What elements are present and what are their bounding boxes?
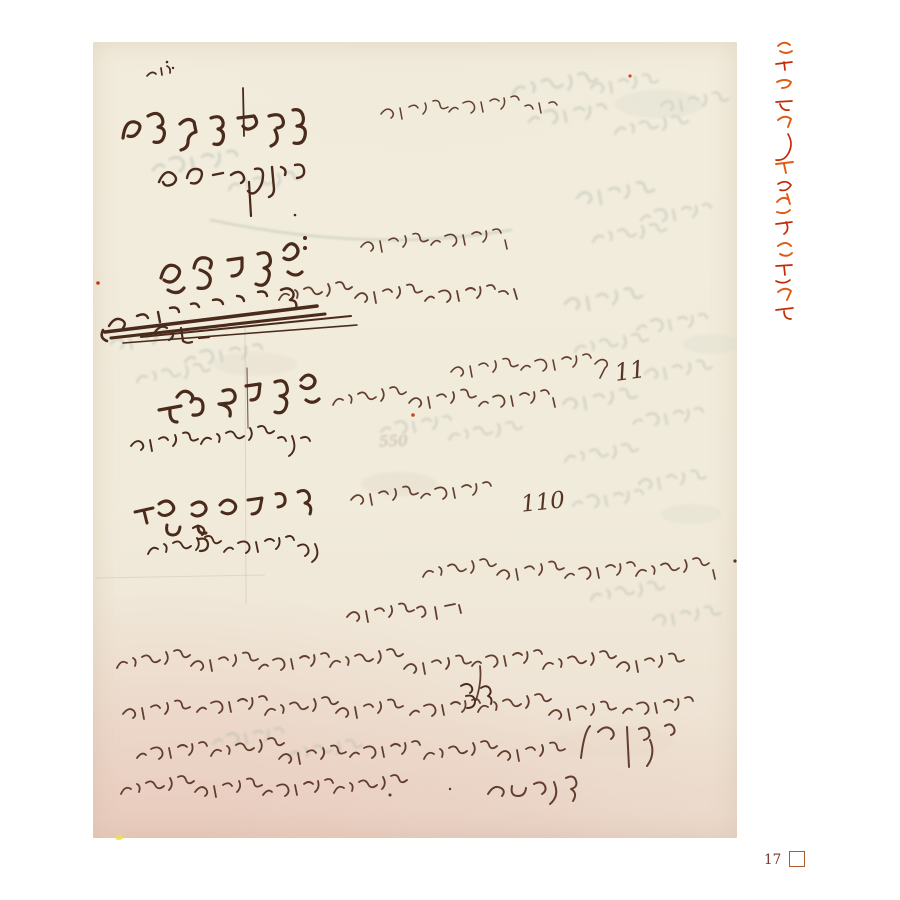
entry-3-numeral: 11 <box>613 355 647 387</box>
entry-2-headword <box>161 236 307 293</box>
paragraph-line-2 <box>123 694 693 720</box>
scan-paper: 550 <box>93 42 737 838</box>
strikethrough-block <box>102 288 357 343</box>
note-line-2 <box>347 604 461 623</box>
margin-caption <box>772 38 802 330</box>
entry-3-toprow-gloss: 11 <box>451 354 647 387</box>
bleedthrough-number: 550 <box>379 431 409 450</box>
entry-4-subline <box>148 536 317 562</box>
manuscript-art: 550 <box>93 42 737 838</box>
page-footer: 17 <box>764 852 805 868</box>
entry-3-gloss <box>333 387 555 408</box>
entry-4-numeral: 110 <box>520 487 566 517</box>
yellow-speck <box>115 835 123 840</box>
entry-3-headword <box>159 368 319 428</box>
entry-1-headword <box>123 61 305 216</box>
paragraph-line-1 <box>117 649 684 700</box>
bleedthrough-layer: 550 <box>111 73 737 758</box>
entry-2-subline <box>279 282 517 303</box>
page-number: 17 <box>764 852 781 868</box>
entry-4-headword <box>135 491 311 551</box>
page-marker-square <box>789 851 805 867</box>
book-page: 550 <box>0 0 900 900</box>
note-line-1 <box>423 558 737 580</box>
entry-3-subline <box>131 426 310 456</box>
red-specks <box>96 74 631 416</box>
entry-1-gloss <box>381 96 557 119</box>
paragraph-line-4 <box>121 775 576 804</box>
